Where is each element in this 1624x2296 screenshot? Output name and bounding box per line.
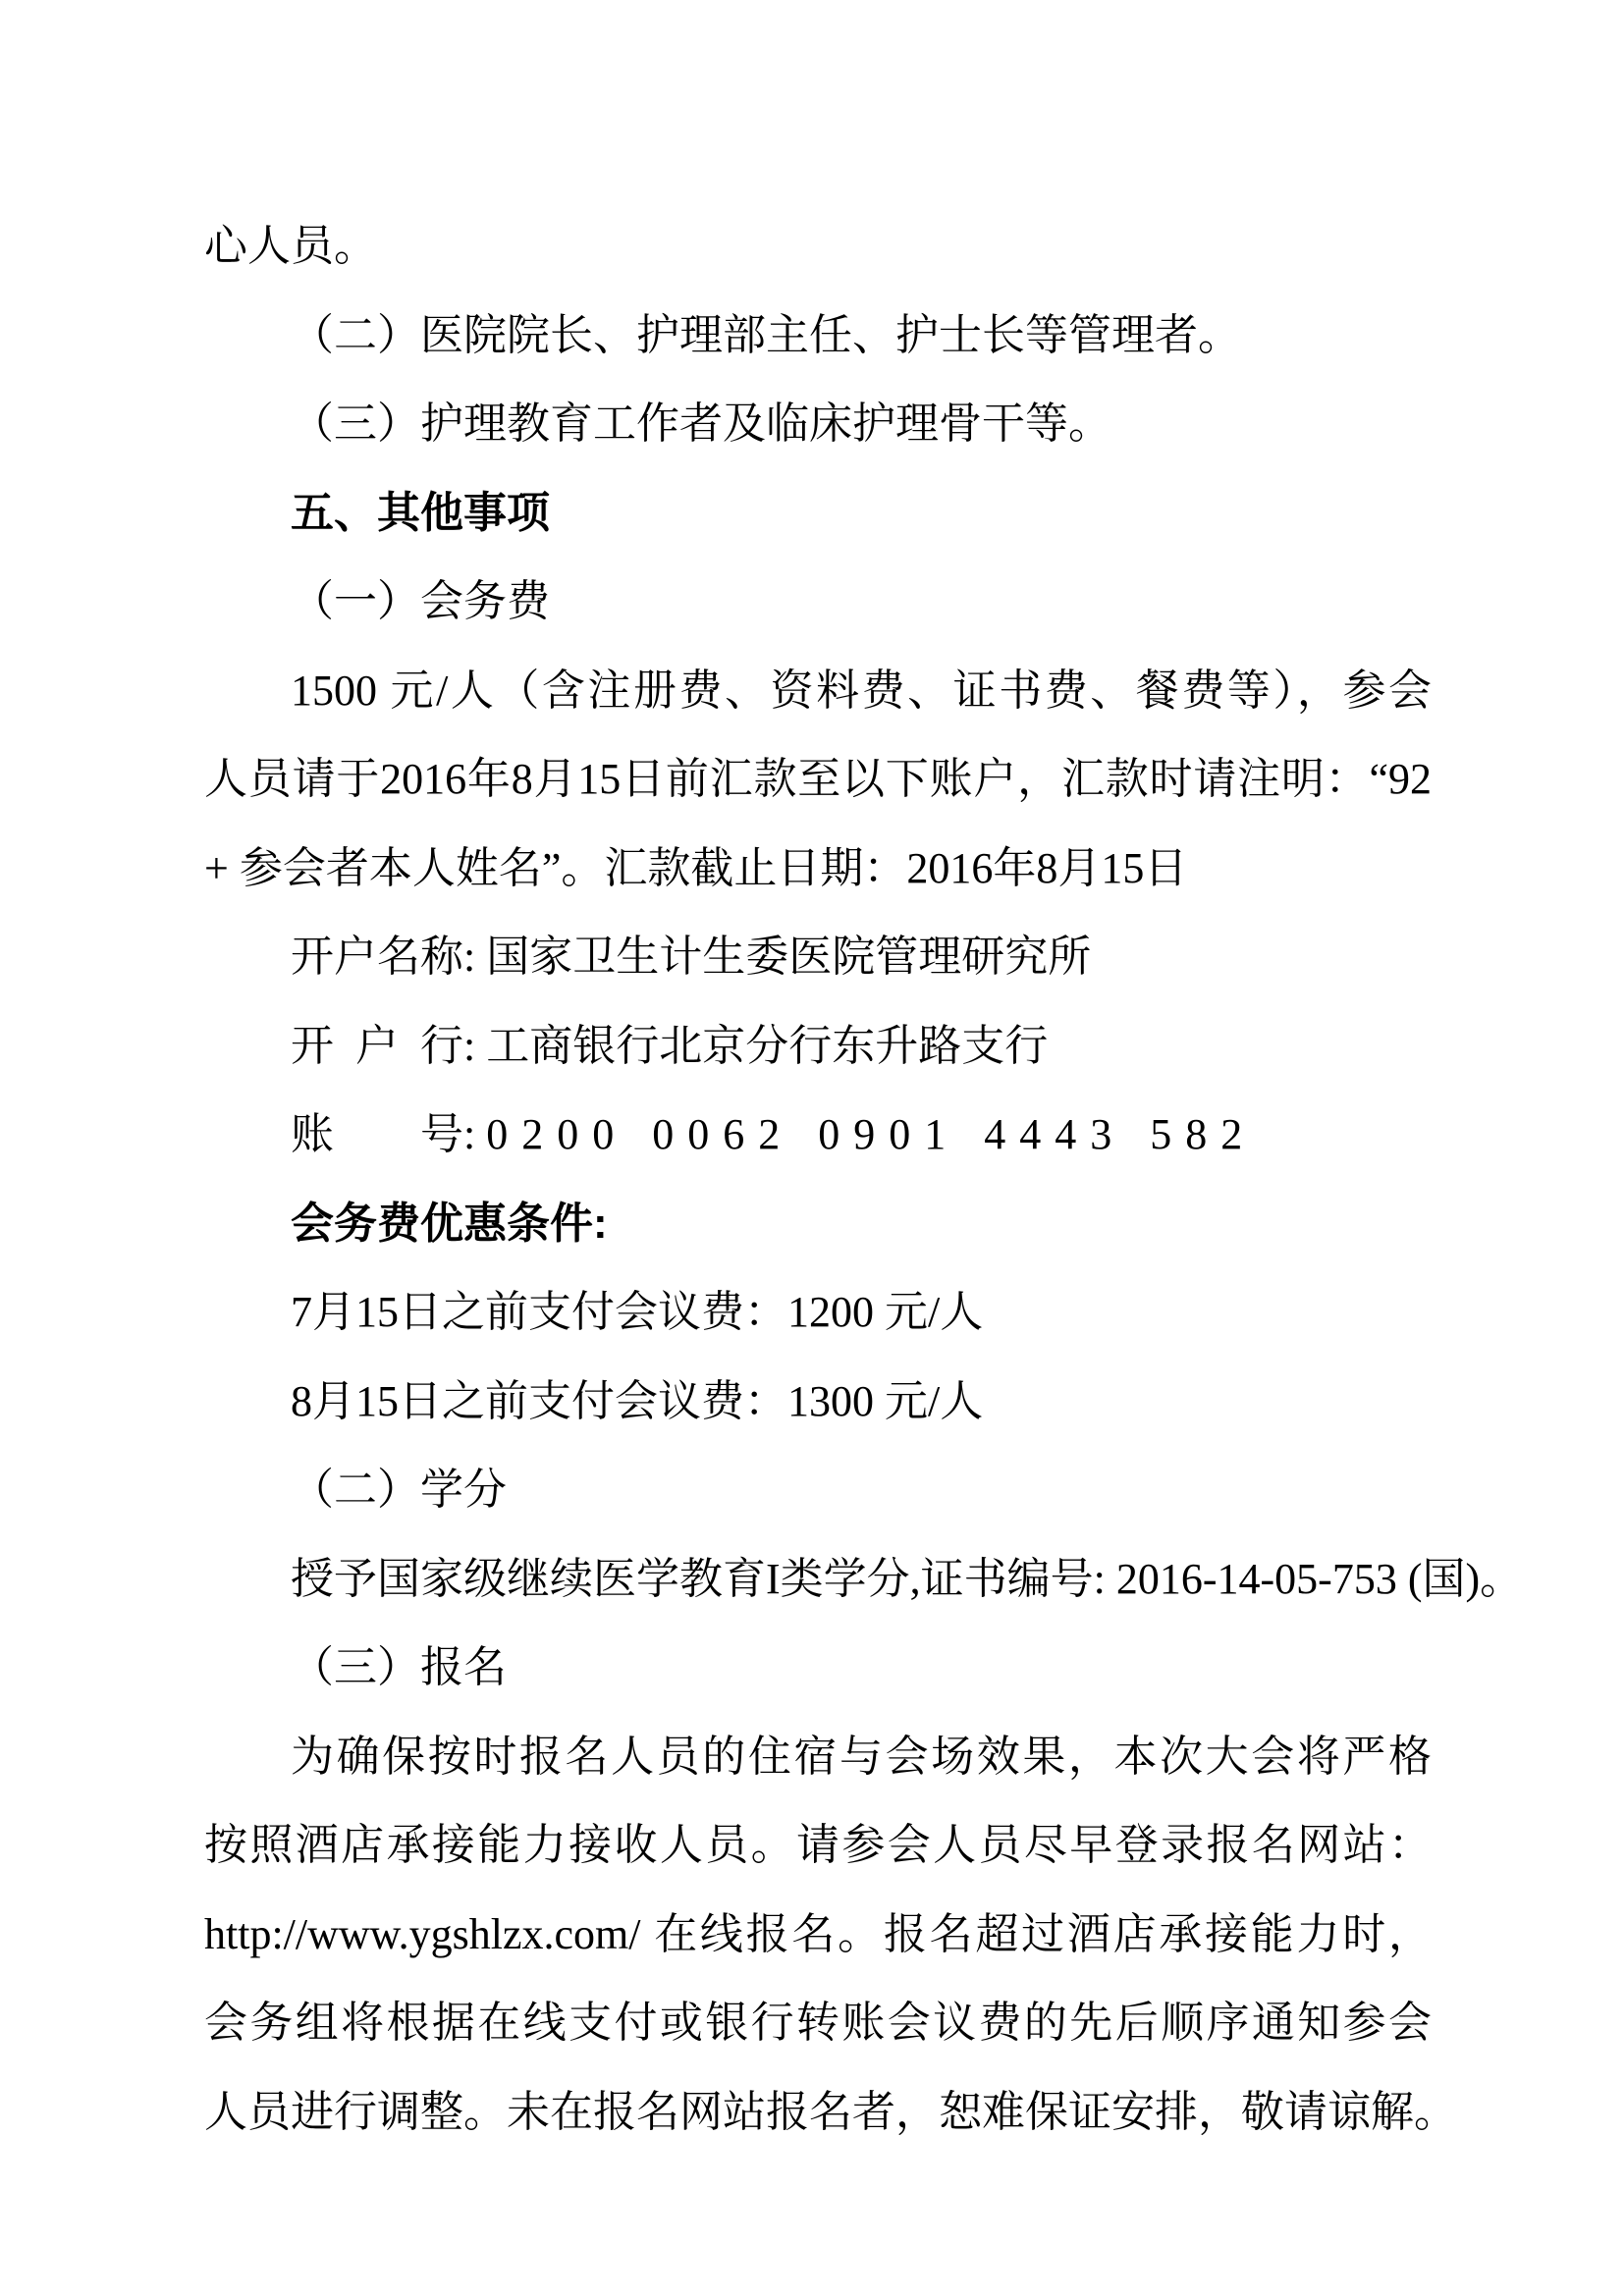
discount-line-august: 8月15日之前支付会议费：1300 元/人 [204,1358,1432,1447]
account-number-line: 账号: 0200 0062 0901 4443 582 [204,1091,1432,1180]
account-number-value: 0200 0062 0901 4443 582 [486,1110,1256,1158]
section-heading-other-matters: 五、其他事项 [204,469,1432,559]
registration-paragraph-line-5: 人员进行调整。未在报名网站报名者，恕难保证安排，敬请谅解。 [204,2068,1432,2158]
discount-line-july: 7月15日之前支付会议费：1200 元/人 [204,1268,1432,1358]
registration-paragraph-line-3-text: 在线报名。报名超过酒店承接能力时， [640,1910,1432,1958]
fee-paragraph-line-2: 人员请于2016年8月15日前汇款至以下账户，汇款时请注明：“92 [204,735,1432,825]
fee-paragraph-line-3: + 参会者本人姓名”。汇款截止日期：2016年8月15日 [204,825,1432,914]
account-name-separator: : [463,933,486,981]
bank-line: 开户行: 工商银行北京分行东升路支行 [204,1002,1432,1092]
credits-line: 授予国家级继续医学教育I类学分,证书编号: 2016-14-05-753 (国)… [204,1535,1432,1625]
registration-url: http://www.ygshlzx.com/ [204,1910,640,1958]
fee-paragraph-line-1: 1500 元/人（含注册费、资料费、证书费、餐费等），参会 [204,647,1432,736]
account-number-label: 账号 [291,1091,463,1180]
bank-separator: : [463,1022,486,1070]
registration-paragraph-line-2: 按照酒店承接能力接收人员。请参会人员尽早登录报名网站： [204,1801,1432,1891]
subsection-heading-credits: （二）学分 [204,1446,1432,1535]
account-number-separator: : [463,1110,486,1158]
continuation-line: 心人员。 [204,202,1432,292]
account-name-label: 开户名称 [291,913,463,1002]
account-name-value: 国家卫生计生委医院管理研究所 [486,933,1091,981]
attendee-item-2: （二）医院院长、护理部主任、护士长等管理者。 [204,292,1432,381]
discount-heading: 会务费优惠条件: [204,1180,1432,1269]
registration-paragraph-line-3: http://www.ygshlzx.com/ 在线报名。报名超过酒店承接能力时… [204,1891,1432,1980]
subsection-heading-registration: （三）报名 [204,1624,1432,1713]
attendee-item-3: （三）护理教育工作者及临床护理骨干等。 [204,380,1432,469]
document-page: 心人员。 （二）医院院长、护理部主任、护士长等管理者。 （三）护理教育工作者及临… [0,0,1624,2296]
subsection-heading-conference-fee: （一）会务费 [204,558,1432,647]
registration-paragraph-line-1: 为确保按时报名人员的住宿与会场效果，本次大会将严格 [204,1713,1432,1802]
document-text-block: 心人员。 （二）医院院长、护理部主任、护士长等管理者。 （三）护理教育工作者及临… [204,202,1432,2157]
bank-value: 工商银行北京分行东升路支行 [486,1022,1048,1070]
account-name-line: 开户名称: 国家卫生计生委医院管理研究所 [204,913,1432,1002]
registration-paragraph-line-4: 会务组将根据在线支付或银行转账会议费的先后顺序通知参会 [204,1979,1432,2068]
bank-label: 开户行 [291,1002,463,1092]
